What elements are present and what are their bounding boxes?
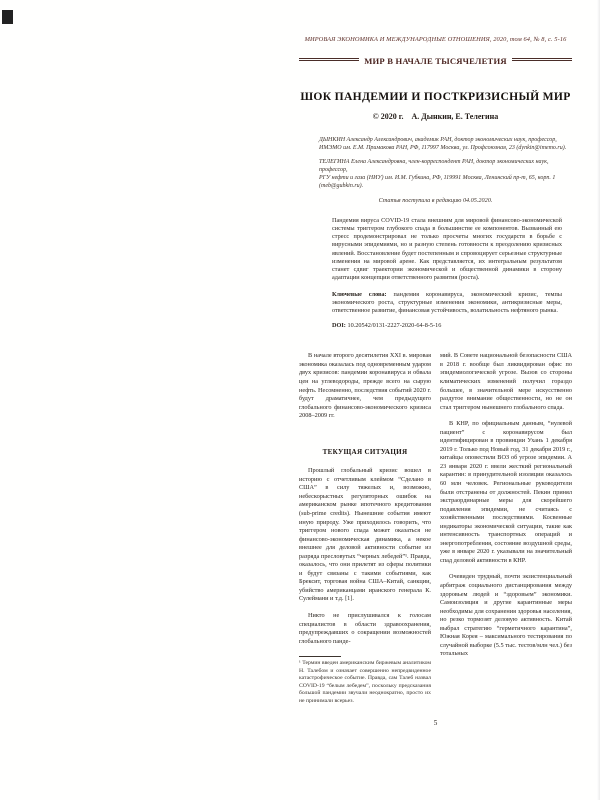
affiliation-line: ДЫНКИН Александр Александрович, академик…	[319, 136, 572, 144]
affiliations-block: ДЫНКИН Александр Александрович, академик…	[319, 136, 572, 191]
doi-label: DOI:	[332, 322, 346, 329]
copyright-year: © 2020 г.	[373, 112, 404, 121]
body-paragraph: В начале второго десятилетия XXI в. миро…	[299, 352, 431, 420]
body-paragraph: Никто не прислушивался к голосам специал…	[299, 612, 431, 646]
doi-value: 10.20542/0131-2227-2020-64-8-5-16	[346, 322, 441, 329]
body-paragraph: Прошлый глобальный кризис вошел в истори…	[299, 467, 431, 604]
body-paragraph: Очевиден трудный, почти экзистенциальный…	[440, 573, 572, 658]
received-date-line: Статья поступила в редакцию 04.05.2020.	[299, 197, 572, 204]
left-column: В начале второго десятилетия XXI в. миро…	[299, 352, 431, 705]
banner-rule-left	[299, 58, 359, 65]
affiliation-line: ИМЭМО им. Е.М. Примакова РАН, РФ, 117997…	[319, 144, 572, 152]
journal-page-scan: МИРОВАЯ ЭКОНОМИКА И МЕЖДУНАРОДНЫЕ ОТНОШЕ…	[0, 0, 600, 800]
abstract-paragraph: Пандемия вируса COVID-19 стала внешним д…	[332, 217, 562, 283]
footnote-text: ¹ Термин введен американским биржевым ан…	[299, 660, 431, 705]
author-names: А. Дынкин, Е. Телегина	[411, 112, 498, 121]
affiliation-dynkin: ДЫНКИН Александр Александрович, академик…	[319, 136, 572, 152]
body-columns: В начале второго десятилетия XXI в. миро…	[299, 352, 572, 705]
article-authors: © 2020 г.А. Дынкин, Е. Телегина	[299, 112, 572, 121]
page-content: МИРОВАЯ ЭКОНОМИКА И МЕЖДУНАРОДНЫЕ ОТНОШЕ…	[299, 36, 572, 727]
footnote-rule	[299, 656, 341, 657]
keywords-label: Ключевые слова:	[332, 291, 387, 298]
affiliation-line: РГУ нефти и газа (НИУ) им. И.М. Губкина,…	[319, 174, 572, 190]
article-title: ШОК ПАНДЕМИИ И ПОСТКРИЗИСНЫЙ МИР	[299, 90, 572, 103]
banner-rule-right	[512, 58, 572, 65]
body-paragraph: мий. В Совете национальной безопасности …	[440, 352, 572, 412]
affiliation-line: ТЕЛЕГИНА Елена Александровна, член-корре…	[319, 158, 572, 174]
scan-artifact-mark	[2, 10, 13, 24]
keywords-paragraph: Ключевые слова: пандемия коронавируса, э…	[332, 291, 562, 316]
right-column: мий. В Совете национальной безопасности …	[440, 352, 572, 705]
section-banner: МИР В НАЧАЛЕ ТЫСЯЧЕЛЕТИЯ	[299, 56, 572, 66]
section-heading: ТЕКУЩАЯ СИТУАЦИЯ	[299, 448, 431, 457]
page-number: 5	[299, 719, 572, 727]
section-banner-label: МИР В НАЧАЛЕ ТЫСЯЧЕЛЕТИЯ	[364, 56, 507, 66]
body-paragraph: В КНР, по официальным данным, “нулевой п…	[440, 420, 572, 565]
doi-line: DOI: 10.20542/0131-2227-2020-64-8-5-16	[332, 322, 562, 329]
journal-header-line: МИРОВАЯ ЭКОНОМИКА И МЕЖДУНАРОДНЫЕ ОТНОШЕ…	[299, 36, 572, 43]
affiliation-telegina: ТЕЛЕГИНА Елена Александровна, член-корре…	[319, 158, 572, 190]
